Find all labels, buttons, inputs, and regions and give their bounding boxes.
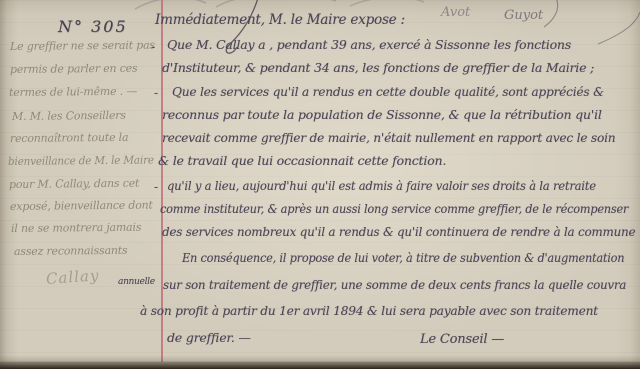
- manuscript-register-page: N° 305 Avot Guyot Le greffier ne se sera…: [0, 0, 640, 369]
- signature-tail-flourish: [544, 0, 558, 27]
- body-line: qu'il y a lieu, aujourd'hui qu'il est ad…: [167, 178, 596, 193]
- margin-note-line: permis de parler en ces: [10, 62, 138, 76]
- body-line: comme instituteur, & après un aussi long…: [160, 201, 628, 216]
- body-line: En conséquence, il propose de lui voter,…: [182, 250, 624, 265]
- signature-avot: Avot: [441, 5, 470, 20]
- body-line: recevait comme greffier de mairie, n'éta…: [162, 130, 615, 145]
- margin-note-line: reconnaîtront toute la: [10, 131, 128, 145]
- body-line: reconnus par toute la population de Siss…: [162, 107, 602, 122]
- line-end-flourish: [598, 12, 640, 44]
- entry-number: N° 305: [58, 17, 128, 36]
- body-line: d'Instituteur, & pendant 34 ans, les fon…: [162, 60, 594, 75]
- body-line: à son profit à partir du 1er avril 1894 …: [140, 303, 598, 318]
- margin-note-line: Le greffier ne se serait pas: [10, 38, 155, 53]
- margin-note-line: assez reconnaissants: [14, 244, 128, 258]
- paragraph-dash: -: [154, 86, 158, 100]
- page-bottom-edge: [0, 361, 640, 369]
- faded-signature-strokes: [135, 0, 424, 9]
- body-line: des services nombreux qu'il a rendus & q…: [162, 224, 635, 239]
- margin-note-line: pour M. Callay, dans cet: [9, 177, 139, 191]
- margin-ink-annotation: annuelle: [118, 277, 155, 287]
- body-line: Immédiatement, M. le Maire expose :: [155, 12, 405, 28]
- margin-note-line: exposé, bienveillance dont: [10, 199, 153, 213]
- body-line: de greffier. —: [167, 330, 251, 345]
- body-line: & le travail que lui occasionnait cette …: [158, 153, 446, 168]
- margin-note-line: il ne se montrera jamais: [11, 221, 141, 235]
- body-line: sur son traitement de greffier, une somm…: [163, 277, 626, 292]
- margin-note-line: bienveillance de M. le Maire: [8, 153, 154, 168]
- paragraph-dash: -: [154, 180, 158, 194]
- closing-le-conseil: Le Conseil —: [420, 332, 504, 347]
- paragraph-dash: -: [151, 40, 155, 54]
- margin-note-line: termes de lui-même . —: [9, 85, 137, 99]
- signature-guyot: Guyot: [504, 8, 543, 23]
- body-line: Que M. Callay a , pendant 39 ans, exercé…: [167, 37, 571, 52]
- margin-pencil-signature: Callay: [45, 266, 100, 288]
- margin-note-line: M. M. les Conseillers: [12, 109, 126, 123]
- body-line: Que les services qu'il a rendus en cette…: [172, 84, 604, 99]
